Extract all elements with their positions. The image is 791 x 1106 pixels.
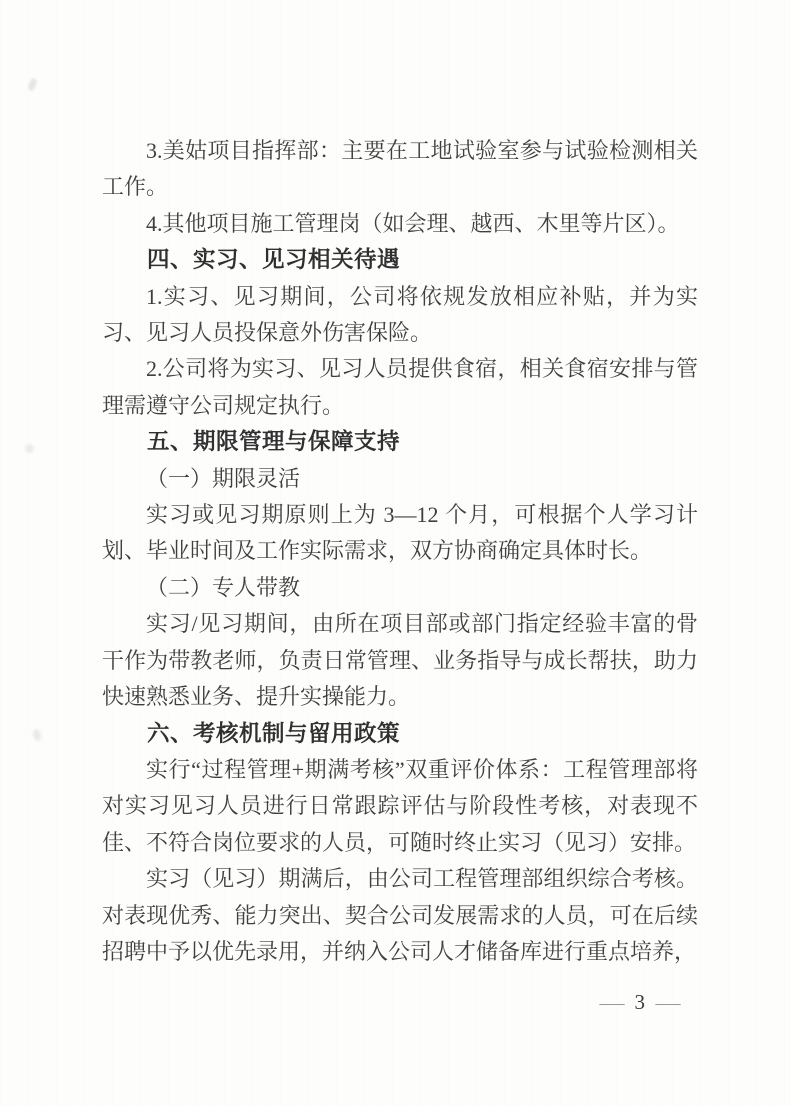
- footer-left-dash: —: [599, 993, 624, 1013]
- section-heading-5-duration: 五、期限管理与保障支持: [102, 424, 698, 460]
- paragraph-benefit-2: 2.公司将为实习、见习人员提供食宿，相关食宿安排与管理需遵守公司规定执行。: [102, 351, 698, 424]
- page-number-footer: — 3 —: [602, 990, 679, 1015]
- paragraph-mentor-duties: 实习/见习期间，由所在项目部或部门指定经验丰富的骨干作为带教老师，负责日常管理、…: [102, 606, 698, 715]
- paragraph-retention: 实习（见习）期满后，由公司工程管理部组织综合考核。对表现优秀、能力突出、契合公司…: [102, 861, 698, 970]
- scan-artifact: [27, 77, 38, 92]
- scan-artifact: [25, 444, 34, 453]
- scanned-document-page: 3.美姑项目指挥部：主要在工地试验室参与试验检测相关工作。 4.其他项目施工管理…: [0, 0, 791, 1106]
- section-heading-6-appraisal: 六、考核机制与留用政策: [102, 716, 698, 752]
- footer-right-dash: —: [656, 993, 681, 1013]
- paragraph-evaluation: 实行“过程管理+期满考核”双重评价体系：工程管理部将对实习见习人员进行日常跟踪评…: [102, 752, 698, 861]
- subheading-mentorship: （二）专人带教: [102, 570, 698, 606]
- document-body: 3.美姑项目指挥部：主要在工地试验室参与试验检测相关工作。 4.其他项目施工管理…: [102, 133, 698, 970]
- page-number: 3: [635, 990, 646, 1015]
- paragraph-item-4: 4.其他项目施工管理岗（如会理、越西、木里等片区）。: [102, 206, 698, 242]
- section-heading-4-benefits: 四、实习、见习相关待遇: [102, 242, 698, 278]
- scan-artifact: [32, 728, 43, 742]
- paragraph-benefit-1: 1.实习、见习期间，公司将依规发放相应补贴，并为实习、见习人员投保意外伤害保险。: [102, 279, 698, 352]
- paragraph-term-length: 实习或见习期原则上为 3—12 个月，可根据个人学习计划、毕业时间及工作实际需求…: [102, 497, 698, 570]
- subheading-flexible-term: （一）期限灵活: [102, 461, 698, 497]
- paragraph-item-3: 3.美姑项目指挥部：主要在工地试验室参与试验检测相关工作。: [102, 133, 698, 206]
